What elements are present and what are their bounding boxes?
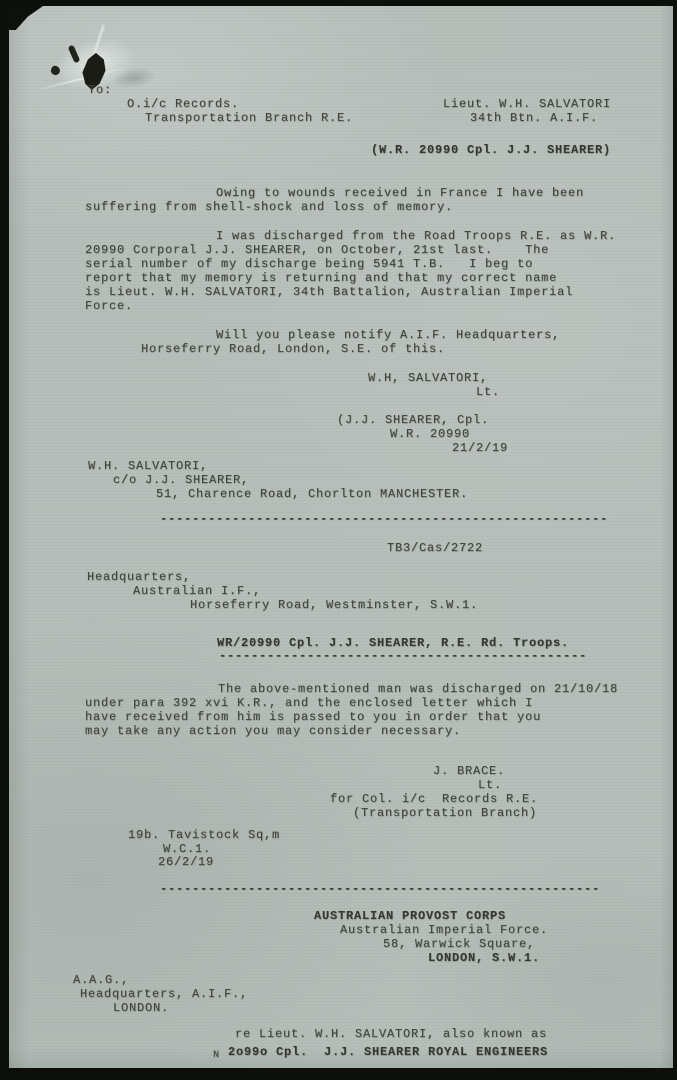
doc-line: c/o J.J. SHEARER, [113,473,249,487]
doc-line: AUSTRALIAN PROVOST CORPS [314,909,506,923]
doc-line: Horseferry Road, Westminster, S.W.1. [190,598,478,612]
doc-line: (W.R. 20990 Cpl. J.J. SHEARER) [371,143,611,157]
doc-line: The above-mentioned man was discharged o… [218,682,618,696]
doc-line: suffering from shell-shock and loss of m… [85,200,453,214]
doc-line: 51, Charence Road, Chorlton MANCHESTER. [156,487,468,501]
doc-line: Force. [85,299,133,313]
doc-line: is Lieut. W.H. SALVATORI, 34th Battalion… [85,285,573,299]
doc-line: for Col. i/c Records R.E. [330,792,538,806]
doc-line: Lieut. W.H. SALVATORI [443,97,611,111]
doc-line: W.R. 20990 [390,427,470,441]
doc-line: ----------------------------------------… [160,512,608,526]
doc-line: have received from him is passed to you … [85,710,541,724]
typewritten-text-layer: To:O.i/c Records.Lieut. W.H. SALVATORITr… [0,0,677,1080]
doc-line: re Lieut. W.H. SALVATORI, also known as [235,1027,547,1041]
doc-line: 19b. Tavistock Sq,m [128,828,280,842]
scanned-letter-screenshot: { "page": { "paper_color": "#b6beba", "b… [0,0,677,1080]
doc-line: report that my memory is returning and t… [85,271,557,285]
doc-line: Lt. [478,778,502,792]
doc-line: N [213,1050,220,1062]
doc-line: Transportation Branch R.E. [145,111,353,125]
doc-line: 2o99o Cpl. J.J. SHEARER ROYAL ENGINEERS [228,1045,548,1059]
doc-line: Horseferry Road, London, S.E. of this. [141,342,445,356]
doc-line: W.H, SALVATORI, [368,371,488,385]
doc-line: I was discharged from the Road Troops R.… [216,229,616,243]
doc-line: 58, Warwick Square, [383,937,535,951]
doc-line: Owing to wounds received in France I hav… [216,186,584,200]
doc-line: 26/2/19 [158,855,214,869]
doc-line: may take any action you may consider nec… [85,724,461,738]
doc-line: W.H. SALVATORI, [88,459,208,473]
doc-line: J. BRACE. [433,764,505,778]
doc-line: 20990 Corporal J.J. SHEARER, on October,… [85,243,549,257]
doc-line: LONDON. [113,1001,169,1015]
doc-line: serial number of my discharge being 5941… [85,257,533,271]
doc-line: 34th Btn. A.I.F. [470,111,598,125]
doc-line: Australian Imperial Force. [340,923,548,937]
doc-line: A.A.G., [73,973,129,987]
doc-line: ----------------------------------------… [219,649,587,663]
doc-line: Lt. [476,385,500,399]
doc-line: W.C.1. [163,842,211,856]
doc-line: Headquarters, [87,570,191,584]
doc-line: To: [88,83,112,97]
doc-line: WR/20990 Cpl. J.J. SHEARER, R.E. Rd. Tro… [217,636,569,650]
doc-line: 21/2/19 [452,441,508,455]
doc-line: Headquarters, A.I.F., [80,987,248,1001]
doc-line: TB3/Cas/2722 [387,541,483,555]
doc-line: under para 392 xvi K.R., and the enclose… [85,696,533,710]
doc-line: (Transportation Branch) [353,806,537,820]
doc-line: LONDON, S.W.1. [428,951,540,965]
doc-line: ----------------------------------------… [160,882,600,896]
doc-line: O.i/c Records. [127,97,239,111]
doc-line: (J.J. SHEARER, Cpl. [337,413,489,427]
doc-line: Will you please notify A.I.F. Headquarte… [216,328,560,342]
doc-line: Australian I.F., [133,584,261,598]
